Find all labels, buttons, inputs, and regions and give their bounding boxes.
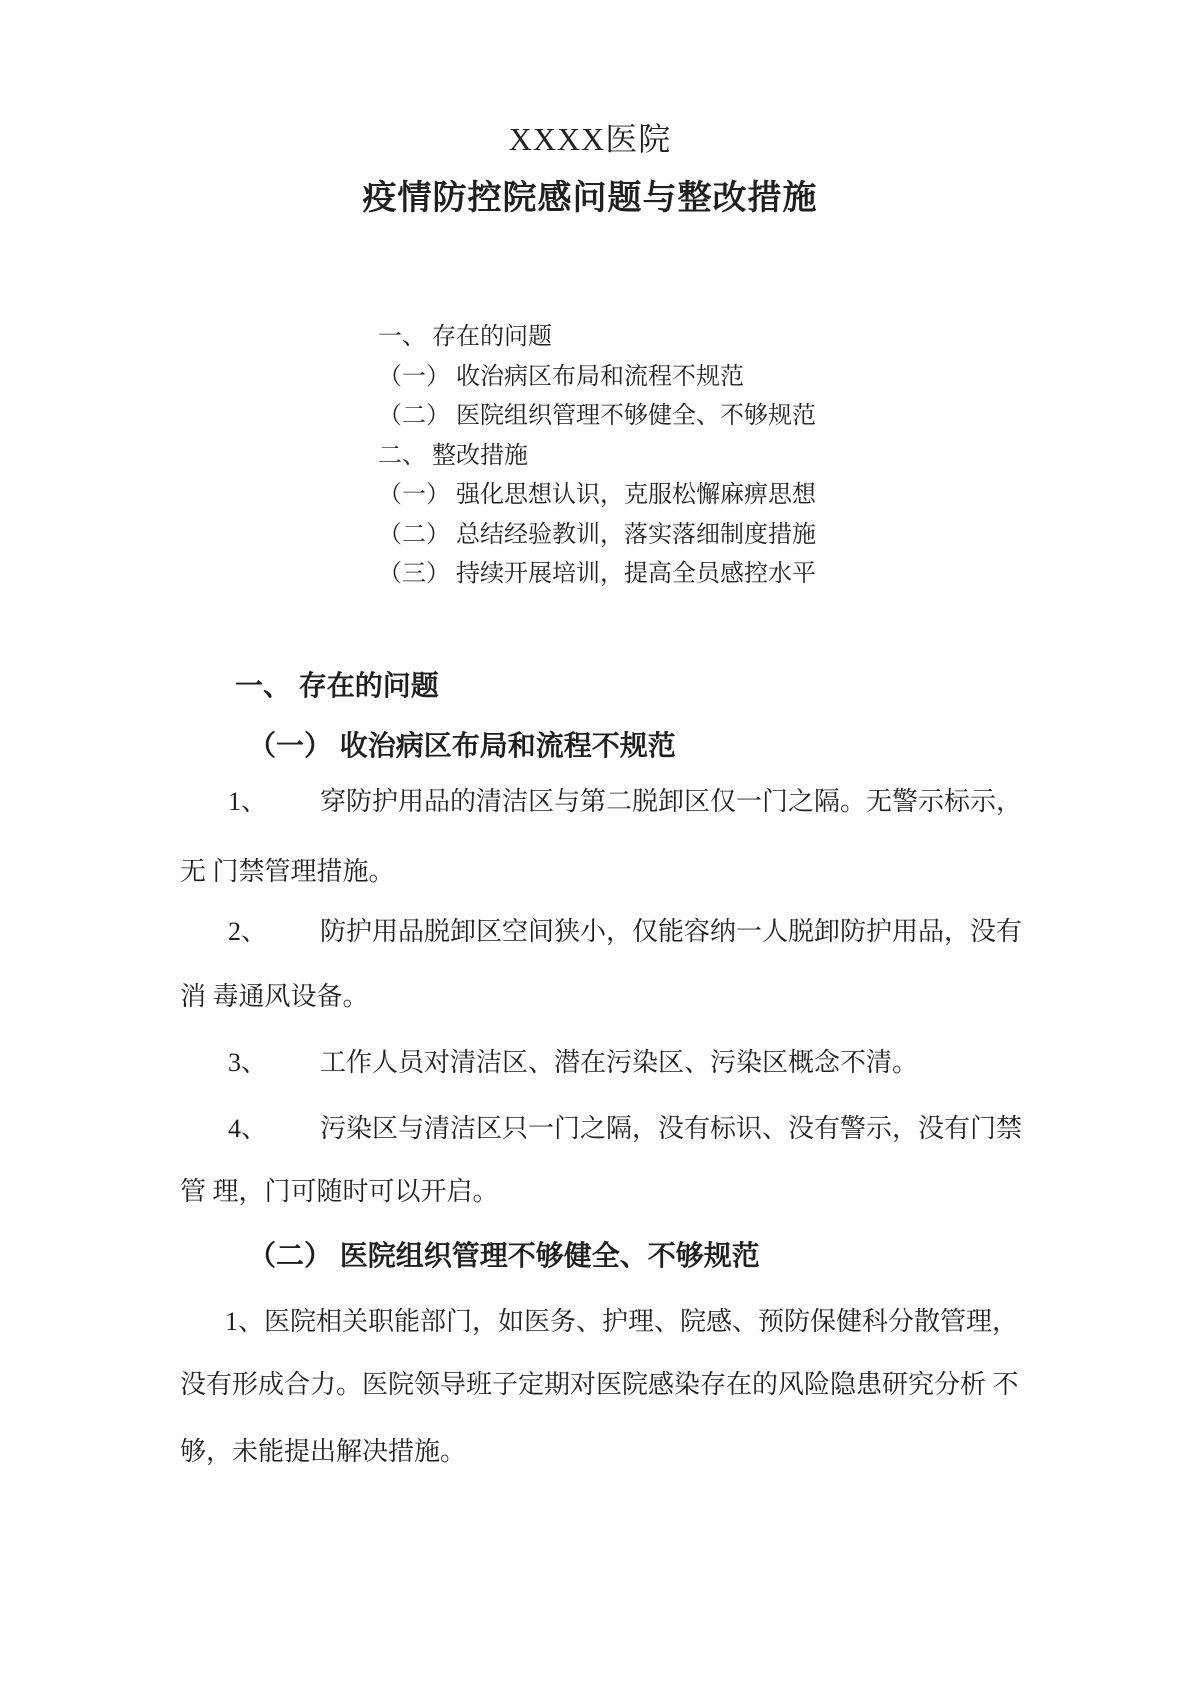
- paragraph-text: 工作人员对清洁区、潜在污染区、污染区概念不清。: [320, 1048, 918, 1077]
- section-heading-problems: 一、 存在的问题: [235, 664, 439, 704]
- paragraph-text: 消 毒通风设备。: [180, 982, 369, 1011]
- paragraph-text: 够，未能提出解决措施。: [180, 1437, 466, 1466]
- paragraph-line: 4、污染区与清洁区只一门之隔，没有标识、没有警示，没有门禁: [180, 1108, 1022, 1145]
- paragraph-text: 没有形成合力。医院领导班子定期对医院感染存在的风险隐患研究分析 不: [180, 1370, 1019, 1399]
- paragraph-line: 够，未能提出解决措施。: [180, 1431, 466, 1468]
- paragraph-line: 管 理，门可随时可以开启。: [180, 1171, 499, 1208]
- paragraph-line: 1、穿防护用品的清洁区与第二脱卸区仅一门之隔。无警示标示，: [180, 781, 1022, 818]
- paragraph-text: 无 门禁管理措施。: [180, 857, 395, 886]
- toc-item-measures-2: （二） 总结经验教训，落实落细制度措施: [378, 516, 816, 556]
- document-page: XXXX医院 疫情防控院感问题与整改措施 一、 存在的问题 （一） 收治病区布局…: [0, 0, 1200, 1697]
- toc-item-problems-2: （二） 医院组织管理不够健全、不够规范: [378, 397, 816, 437]
- paragraph-line: 2、防护用品脱卸区空间狭小，仅能容纳一人脱卸防护用品，没有: [180, 911, 1022, 948]
- document-subtitle: 疫情防控院感问题与整改措施: [0, 170, 1180, 219]
- paragraph-text: 穿防护用品的清洁区与第二脱卸区仅一门之隔。无警示标示，: [320, 787, 1022, 816]
- paragraph-line: 无 门禁管理措施。: [180, 851, 395, 888]
- paragraph-text: 1、医院相关职能部门，如医务、护理、院感、预防保健科分散管理，: [225, 1307, 1018, 1336]
- list-number: 4、: [228, 1108, 320, 1145]
- paragraph-line: 消 毒通风设备。: [180, 976, 369, 1013]
- toc-item-problems: 一、 存在的问题: [378, 318, 816, 358]
- paragraph-text: 管 理，门可随时可以开启。: [180, 1177, 499, 1206]
- toc-item-problems-1: （一） 收治病区布局和流程不规范: [378, 358, 816, 398]
- paragraph-line: 1、医院相关职能部门，如医务、护理、院感、预防保健科分散管理，: [180, 1301, 1018, 1338]
- toc-item-measures: 二、 整改措施: [378, 437, 816, 477]
- document-title: XXXX医院: [0, 114, 1180, 160]
- toc-item-measures-3: （三） 持续开展培训，提高全员感控水平: [378, 555, 816, 595]
- subsection-heading-ward-layout: （一） 收治病区布局和流程不规范: [248, 724, 676, 764]
- paragraph-line: 3、工作人员对清洁区、潜在污染区、污染区概念不清。: [180, 1042, 918, 1079]
- paragraph-text: 污染区与清洁区只一门之隔，没有标识、没有警示，没有门禁: [320, 1114, 1022, 1143]
- subsection-heading-organization: （二） 医院组织管理不够健全、不够规范: [248, 1234, 760, 1274]
- list-number: 3、: [228, 1042, 320, 1079]
- list-number: 1、: [228, 781, 320, 818]
- paragraph-line: 没有形成合力。医院领导班子定期对医院感染存在的风险隐患研究分析 不: [180, 1364, 1019, 1401]
- paragraph-text: 防护用品脱卸区空间狭小，仅能容纳一人脱卸防护用品，没有: [320, 917, 1022, 946]
- table-of-contents: 一、 存在的问题 （一） 收治病区布局和流程不规范 （二） 医院组织管理不够健全…: [378, 318, 816, 595]
- toc-item-measures-1: （一） 强化思想认识，克服松懈麻痹思想: [378, 476, 816, 516]
- list-number: 2、: [228, 911, 320, 948]
